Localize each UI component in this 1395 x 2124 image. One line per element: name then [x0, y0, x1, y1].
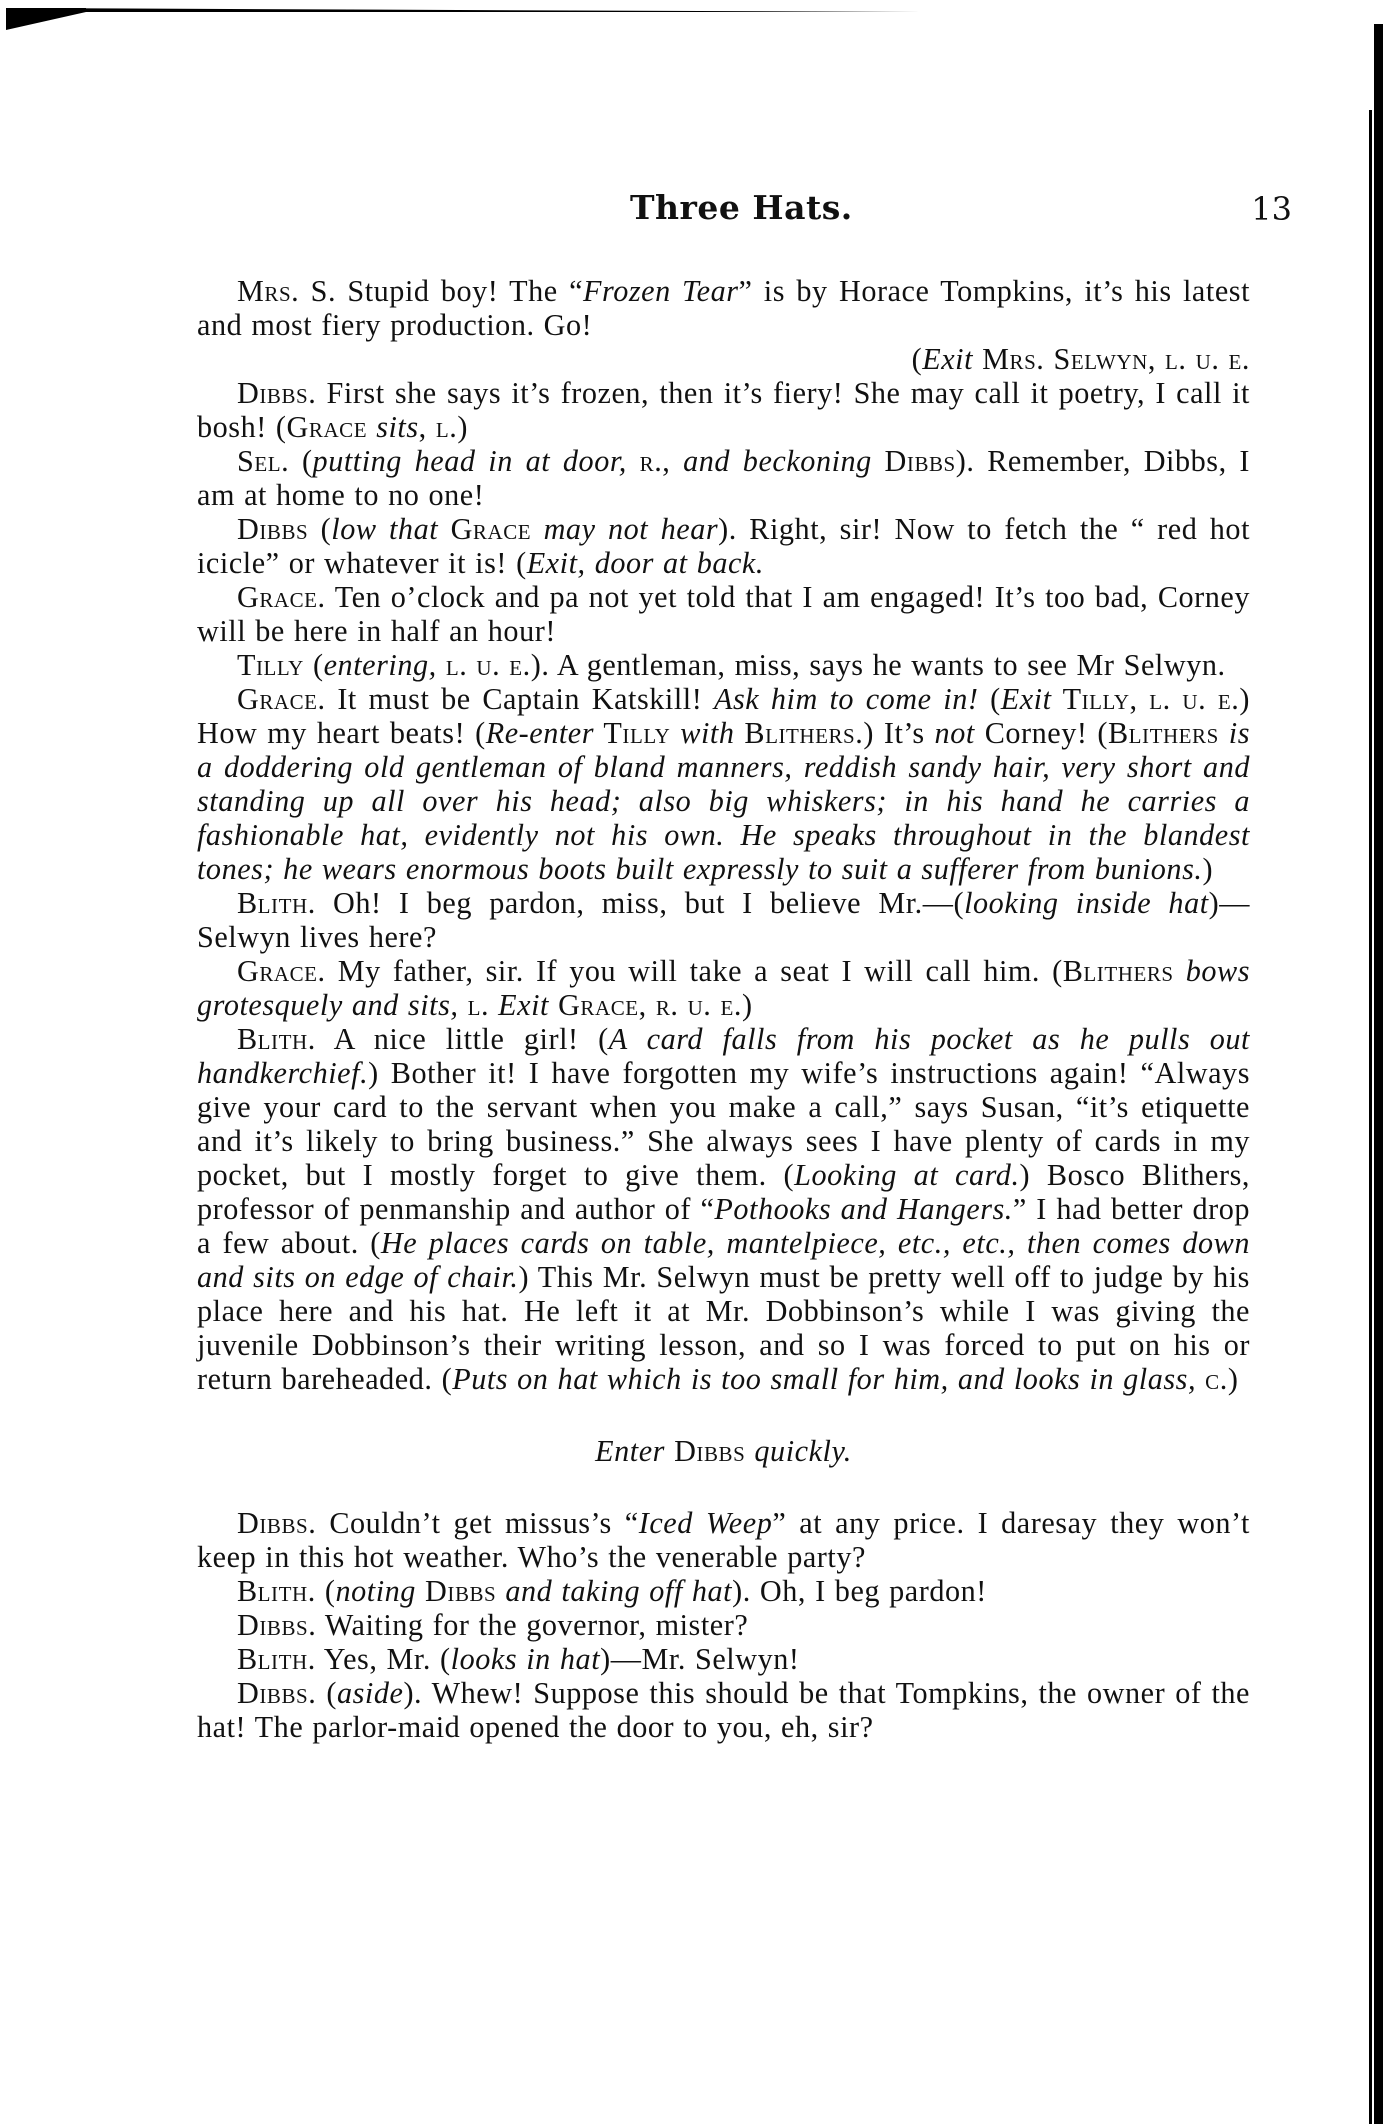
dialogue-paragraph: Dibbs. Waiting for the governor, mister?	[197, 1608, 1250, 1642]
text-run: (	[289, 444, 312, 478]
speaker-or-name: Tilly	[237, 648, 304, 682]
speaker-or-name: Blithers	[1108, 716, 1219, 750]
dialogue-paragraph: Grace. My father, sir. If you will take …	[197, 954, 1250, 1022]
speaker-or-name: Mrs. S.	[237, 274, 336, 308]
text-run: ,	[419, 410, 436, 444]
italic-direction: putting head in at door,	[313, 444, 627, 478]
speaker-or-name: Blith.	[237, 1642, 316, 1676]
dialogue-paragraph: Dibbs. Couldn’t get missus’s “Iced Weep”…	[197, 1506, 1250, 1574]
italic-direction: with	[670, 716, 734, 750]
text-run: (	[304, 648, 324, 682]
italic-direction: looking inside hat	[964, 886, 1209, 920]
dialogue-paragraph: Blith. (noting Dibbs and taking off hat)…	[197, 1574, 1250, 1608]
text-run: )	[742, 988, 753, 1022]
italic-direction: Frozen Tear	[583, 274, 739, 308]
speaker-or-name: Dibbs	[872, 444, 956, 478]
italic-direction: low that	[331, 512, 438, 546]
italic-direction: aside	[337, 1676, 403, 1710]
speaker-or-name: Dibbs	[416, 1574, 496, 1608]
speaker-or-name: Grace,	[549, 988, 647, 1022]
text-run: (	[912, 342, 923, 376]
text-run: Waiting for the governor, mister?	[316, 1608, 748, 1642]
page-number: 13	[1251, 190, 1292, 228]
speaker-or-name: Blith.	[237, 1574, 316, 1608]
speaker-or-name: Dibbs	[237, 512, 308, 546]
dialogue-paragraph: Tilly (entering, l. u. e.). A gentleman,…	[197, 648, 1250, 682]
italic-direction: Exit	[1001, 682, 1052, 716]
italic-direction: Exit, door at back.	[527, 546, 764, 580]
speaker-or-name: l.	[458, 988, 489, 1022]
text-run: ) It’s	[863, 716, 934, 750]
dialogue-paragraph: Dibbs. First she says it’s frozen, then …	[197, 376, 1250, 444]
text-run: (	[316, 1676, 337, 1710]
speaker-or-name: Blith.	[237, 886, 316, 920]
speaker-or-name: Dibbs.	[237, 1676, 316, 1710]
speaker-or-name: Dibbs.	[237, 376, 316, 410]
text-run: It must be Captain Katskill!	[326, 682, 714, 716]
italic-direction: looks in hat	[451, 1642, 600, 1676]
dialogue-paragraph: Sel. (putting head in at door, r., and b…	[197, 444, 1250, 512]
dialogue-paragraph: Dibbs (low that Grace may not hear). Rig…	[197, 512, 1250, 580]
dialogue-paragraph: Blith. A nice little girl! (A card falls…	[197, 1022, 1250, 1396]
speaker-or-name: c.	[1196, 1362, 1228, 1396]
speaker-or-name: l. u. e.	[1156, 342, 1250, 376]
italic-direction: quickly.	[745, 1434, 852, 1468]
speaker-or-name: Sel.	[237, 444, 289, 478]
speaker-or-name: Grace.	[237, 682, 326, 716]
speaker-or-name: Mrs. Selwyn,	[973, 342, 1156, 376]
italic-direction: entering,	[324, 648, 437, 682]
running-title: Three Hats.	[630, 188, 853, 227]
scan-right-edge-inner	[1369, 110, 1372, 2124]
dialogue-paragraph: Grace. Ten o’clock and pa not yet told t…	[197, 580, 1250, 648]
text-run: Couldn’t get missus’s “	[316, 1506, 638, 1540]
text-run: )	[457, 410, 468, 444]
italic-direction: not	[935, 716, 975, 750]
speaker-or-name: Grace	[287, 410, 368, 444]
text-run: (	[308, 512, 331, 546]
italic-direction: Re-enter	[486, 716, 594, 750]
text-run: My father, sir. If you will take a seat …	[326, 954, 1063, 988]
speaker-or-name: r.,	[627, 444, 671, 478]
italic-direction: Ask him to come in!	[714, 682, 978, 716]
speaker-or-name: Blith.	[237, 1022, 316, 1056]
italic-direction: Pothooks and Hangers.	[714, 1192, 1012, 1226]
text-run: Stupid boy! The “	[336, 274, 583, 308]
speaker-or-name: Dibbs.	[237, 1608, 316, 1642]
italic-direction: and taking off hat	[496, 1574, 732, 1608]
speaker-or-name: Tilly, l. u. e.	[1052, 682, 1240, 716]
italic-direction: noting	[336, 1574, 416, 1608]
italic-direction: Exit	[489, 988, 549, 1022]
text-run: ). Oh, I beg pardon!	[732, 1574, 987, 1608]
speaker-or-name: r. u. e.	[647, 988, 742, 1022]
speaker-or-name: Blithers.	[734, 716, 863, 750]
dialogue-paragraph: (Exit Mrs. Selwyn, l. u. e.	[197, 342, 1250, 376]
speaker-or-name: Dibbs.	[237, 1506, 316, 1540]
speaker-or-name: Grace	[438, 512, 531, 546]
text-run: Yes, Mr. (	[316, 1642, 451, 1676]
dialogue-paragraph: Blith. Oh! I beg pardon, miss, but I bel…	[197, 886, 1250, 954]
italic-direction: Looking at card.	[794, 1158, 1019, 1192]
dialogue-paragraph: Grace. It must be Captain Katskill! Ask …	[197, 682, 1250, 886]
italic-direction: Iced Weep	[639, 1506, 773, 1540]
dialogue-paragraph: Blith. Yes, Mr. (looks in hat)—Mr. Selwy…	[197, 1642, 1250, 1676]
text-run: )—Mr. Selwyn!	[600, 1642, 799, 1676]
text-run: )	[1202, 852, 1213, 886]
running-header: Three Hats. 13	[197, 188, 1292, 232]
speaker-or-name: Grace.	[237, 954, 326, 988]
text-run: ). A gentleman, miss, says he wants to s…	[531, 648, 1226, 682]
speaker-or-name: Blithers	[1063, 954, 1174, 988]
italic-direction: Puts on hat which is too small for him, …	[452, 1362, 1196, 1396]
italic-direction: and beckoning	[670, 444, 871, 478]
scan-right-edge	[1374, 24, 1383, 2124]
text-run: A nice little girl! (	[316, 1022, 609, 1056]
italic-direction: Exit	[922, 342, 973, 376]
text-run: Ten o’clock and pa not yet told that I a…	[197, 580, 1250, 648]
scan-top-edge	[6, 8, 1381, 28]
italic-direction: sits	[367, 410, 419, 444]
speaker-or-name: Grace.	[237, 580, 326, 614]
text-run: )	[1228, 1362, 1239, 1396]
stage-direction: Enter Dibbs quickly.	[197, 1434, 1250, 1468]
speaker-or-name: Tilly	[594, 716, 670, 750]
text-run: Corney! (	[975, 716, 1108, 750]
dialogue-paragraph: Dibbs. (aside). Whew! Suppose this shoul…	[197, 1676, 1250, 1744]
text-run: (	[316, 1574, 336, 1608]
speaker-or-name: l. u. e.	[437, 648, 531, 682]
text-run: (	[978, 682, 1000, 716]
speaker-or-name: l.	[436, 410, 457, 444]
dialogue-paragraph: Mrs. S. Stupid boy! The “Frozen Tear” is…	[197, 274, 1250, 342]
text-run: Oh! I beg pardon, miss, but I believe Mr…	[316, 886, 964, 920]
speaker-or-name: Dibbs	[665, 1434, 745, 1468]
italic-direction: Enter	[595, 1434, 665, 1468]
play-text-body: Mrs. S. Stupid boy! The “Frozen Tear” is…	[197, 274, 1250, 1744]
italic-direction: may not hear	[531, 512, 718, 546]
